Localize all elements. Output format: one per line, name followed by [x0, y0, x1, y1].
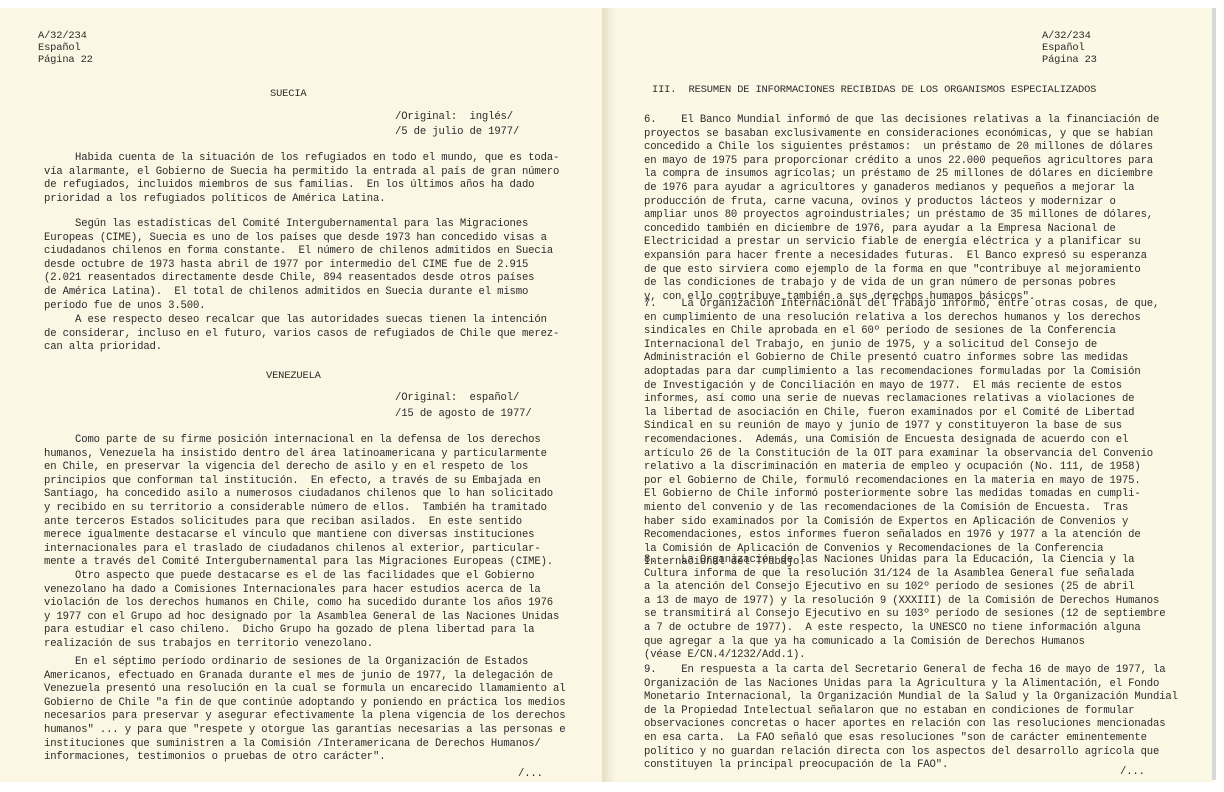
- numbered-paragraph-7: 7. La Organización Internacional del Tra…: [644, 298, 1159, 570]
- section-title: III. RESUMEN DE INFORMACIONES RECIBIDAS …: [652, 84, 1096, 98]
- page-header: A/32/234 Español Página 23: [1042, 30, 1097, 66]
- document-language: Español: [1042, 42, 1097, 54]
- numbered-paragraph-8: 8. La Organización de las Naciones Unida…: [644, 554, 1165, 663]
- continued-marker: /...: [518, 768, 543, 782]
- page-edge-shadow: [1212, 8, 1216, 780]
- continued-marker: /...: [1120, 766, 1145, 780]
- document-language: Español: [38, 42, 93, 54]
- paragraph: A ese respecto deseo recalcar que las au…: [44, 314, 559, 355]
- paragraph: Habida cuenta de la situación de los ref…: [44, 152, 559, 206]
- original-language-note: /Original: español/: [395, 392, 519, 406]
- numbered-paragraph-9: 9. En respuesta a la carta del Secretari…: [644, 664, 1178, 773]
- page-number: Página 22: [38, 54, 93, 66]
- submission-date: /15 de agosto de 1977/: [395, 408, 532, 422]
- section-title-suecia: SUECIA: [270, 88, 307, 102]
- paragraph: Como parte de su firme posición internac…: [44, 434, 553, 570]
- submission-date: /5 de julio de 1977/: [395, 126, 519, 140]
- paragraph: En el séptimo período ordinario de sesio…: [44, 656, 565, 765]
- document-symbol: A/32/234: [1042, 30, 1097, 42]
- numbered-paragraph-6: 6. El Banco Mundial informó de que las d…: [644, 114, 1159, 304]
- document-page-left: A/32/234 Español Página 22 SUECIA /Origi…: [0, 8, 602, 782]
- paragraph: Según las estadísticas del Comité Interg…: [44, 218, 553, 313]
- paragraph: Otro aspecto que puede destacarse es el …: [44, 570, 559, 652]
- page-number: Página 23: [1042, 54, 1097, 66]
- document-symbol: A/32/234: [38, 30, 93, 42]
- document-page-right: A/32/234 Español Página 23 III. RESUMEN …: [602, 8, 1214, 782]
- original-language-note: /Original: inglés/: [395, 111, 513, 125]
- section-title-venezuela: VENEZUELA: [266, 370, 321, 384]
- page-header: A/32/234 Español Página 22: [38, 30, 93, 66]
